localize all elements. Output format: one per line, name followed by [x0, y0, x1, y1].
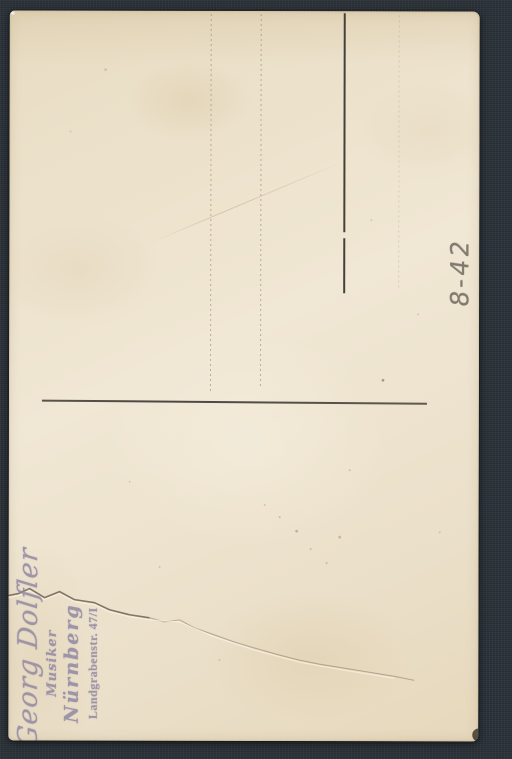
dotted-guide-line-2: [260, 14, 262, 389]
postcard-back: Georg Dolfler Musiker Nürnberg Landgrabe…: [8, 11, 480, 742]
crack-tear-line: [8, 11, 480, 742]
dotted-guide-line-3: [398, 15, 400, 289]
stamp-street-text: Landgrabenstr. 47/I: [87, 579, 99, 741]
stamp-occupation-text: Musiker: [46, 579, 59, 741]
vertical-divider-line-upper: [343, 13, 345, 232]
age-stains: [8, 11, 480, 742]
stamp-city-text: Nürnberg: [63, 579, 82, 741]
stamp-name-text: Georg Dolfler: [15, 578, 42, 742]
vertical-divider-line-lower: [343, 238, 345, 293]
owner-stamp: Georg Dolfler Musiker Nürnberg Landgrabe…: [15, 579, 110, 741]
horizontal-divider-line: [42, 400, 427, 405]
pencil-number: 8-42: [443, 230, 477, 315]
dark-mount-background: Georg Dolfler Musiker Nürnberg Landgrabe…: [0, 0, 512, 759]
faint-crease-mark: [149, 162, 341, 244]
corner-damage-spot: [472, 728, 480, 741]
dotted-guide-line-1: [210, 14, 212, 392]
corner-highlight: [11, 12, 15, 15]
